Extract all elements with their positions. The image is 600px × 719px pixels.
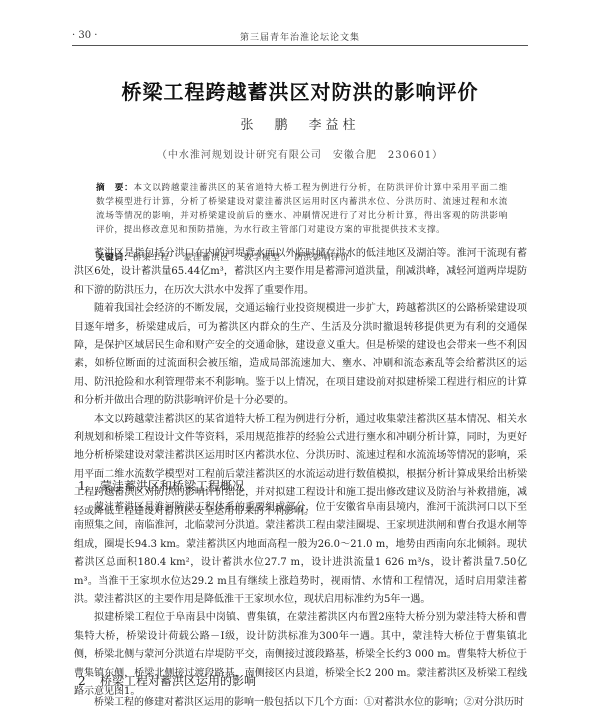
- article-affiliation: （中水淮河规划设计研究有限公司 安徽合肥 230601）: [0, 146, 600, 161]
- body-paragraph: 蓄洪区是指包括分洪口在内的河堤背水面以外临时储存洪水的低洼地区及湖泊等。淮河干流…: [74, 245, 527, 300]
- section-heading-2: 2桥梁工程对蓄洪区运用的影响: [78, 672, 256, 689]
- section-2-body: 桥梁工程的修建对蓄洪区运用的影响一般包括以下几个方面：①对蓄洪水位的影响；②对分…: [74, 694, 527, 712]
- header-rule: [72, 45, 528, 46]
- section-number: 1: [78, 479, 100, 493]
- section-heading-1: 1蒙洼蓄洪区和桥梁工程概况: [78, 477, 244, 494]
- journal-name: 第三届青年治淮论坛论文集: [72, 30, 528, 43]
- body-paragraph: 随着我国社会经济的不断发展，交通运输行业投资规模进一步扩大，跨越蓄洪区的公路桥梁…: [74, 300, 527, 410]
- running-header: · 30 · 第三届青年治淮论坛论文集: [72, 30, 528, 46]
- abstract-label: 摘 要：: [96, 183, 133, 193]
- section-title: 桥梁工程对蓄洪区运用的影响: [100, 674, 256, 688]
- article-title: 桥梁工程跨越蓄洪区对防洪的影响评价: [0, 76, 600, 105]
- section-title: 蒙洼蓄洪区和桥梁工程概况: [100, 479, 244, 493]
- abstract: 摘 要：本文以跨越蒙洼蓄洪区的某省道特大桥工程为例进行分析，在防洪评价计算中采用…: [96, 181, 508, 237]
- body-paragraph: 桥梁工程的修建对蓄洪区运用的影响一般包括以下几个方面：①对蓄洪水位的影响；②对分…: [74, 694, 527, 712]
- article-authors: 张 鹏 李益柱: [0, 114, 600, 133]
- abstract-text: 本文以跨越蒙洼蓄洪区的某省道特大桥工程为例进行分析，在防洪评价计算中采用平面二维…: [96, 183, 508, 235]
- paper-page: · 30 · 第三届青年治淮论坛论文集 桥梁工程跨越蓄洪区对防洪的影响评价 张 …: [0, 0, 600, 719]
- section-number: 2: [78, 674, 100, 688]
- body-paragraph: 蒙洼蓄洪区是淮河防洪工程体系的重要组成部分，位于安徽省阜南县境内，淮河干流洪河口…: [74, 499, 527, 609]
